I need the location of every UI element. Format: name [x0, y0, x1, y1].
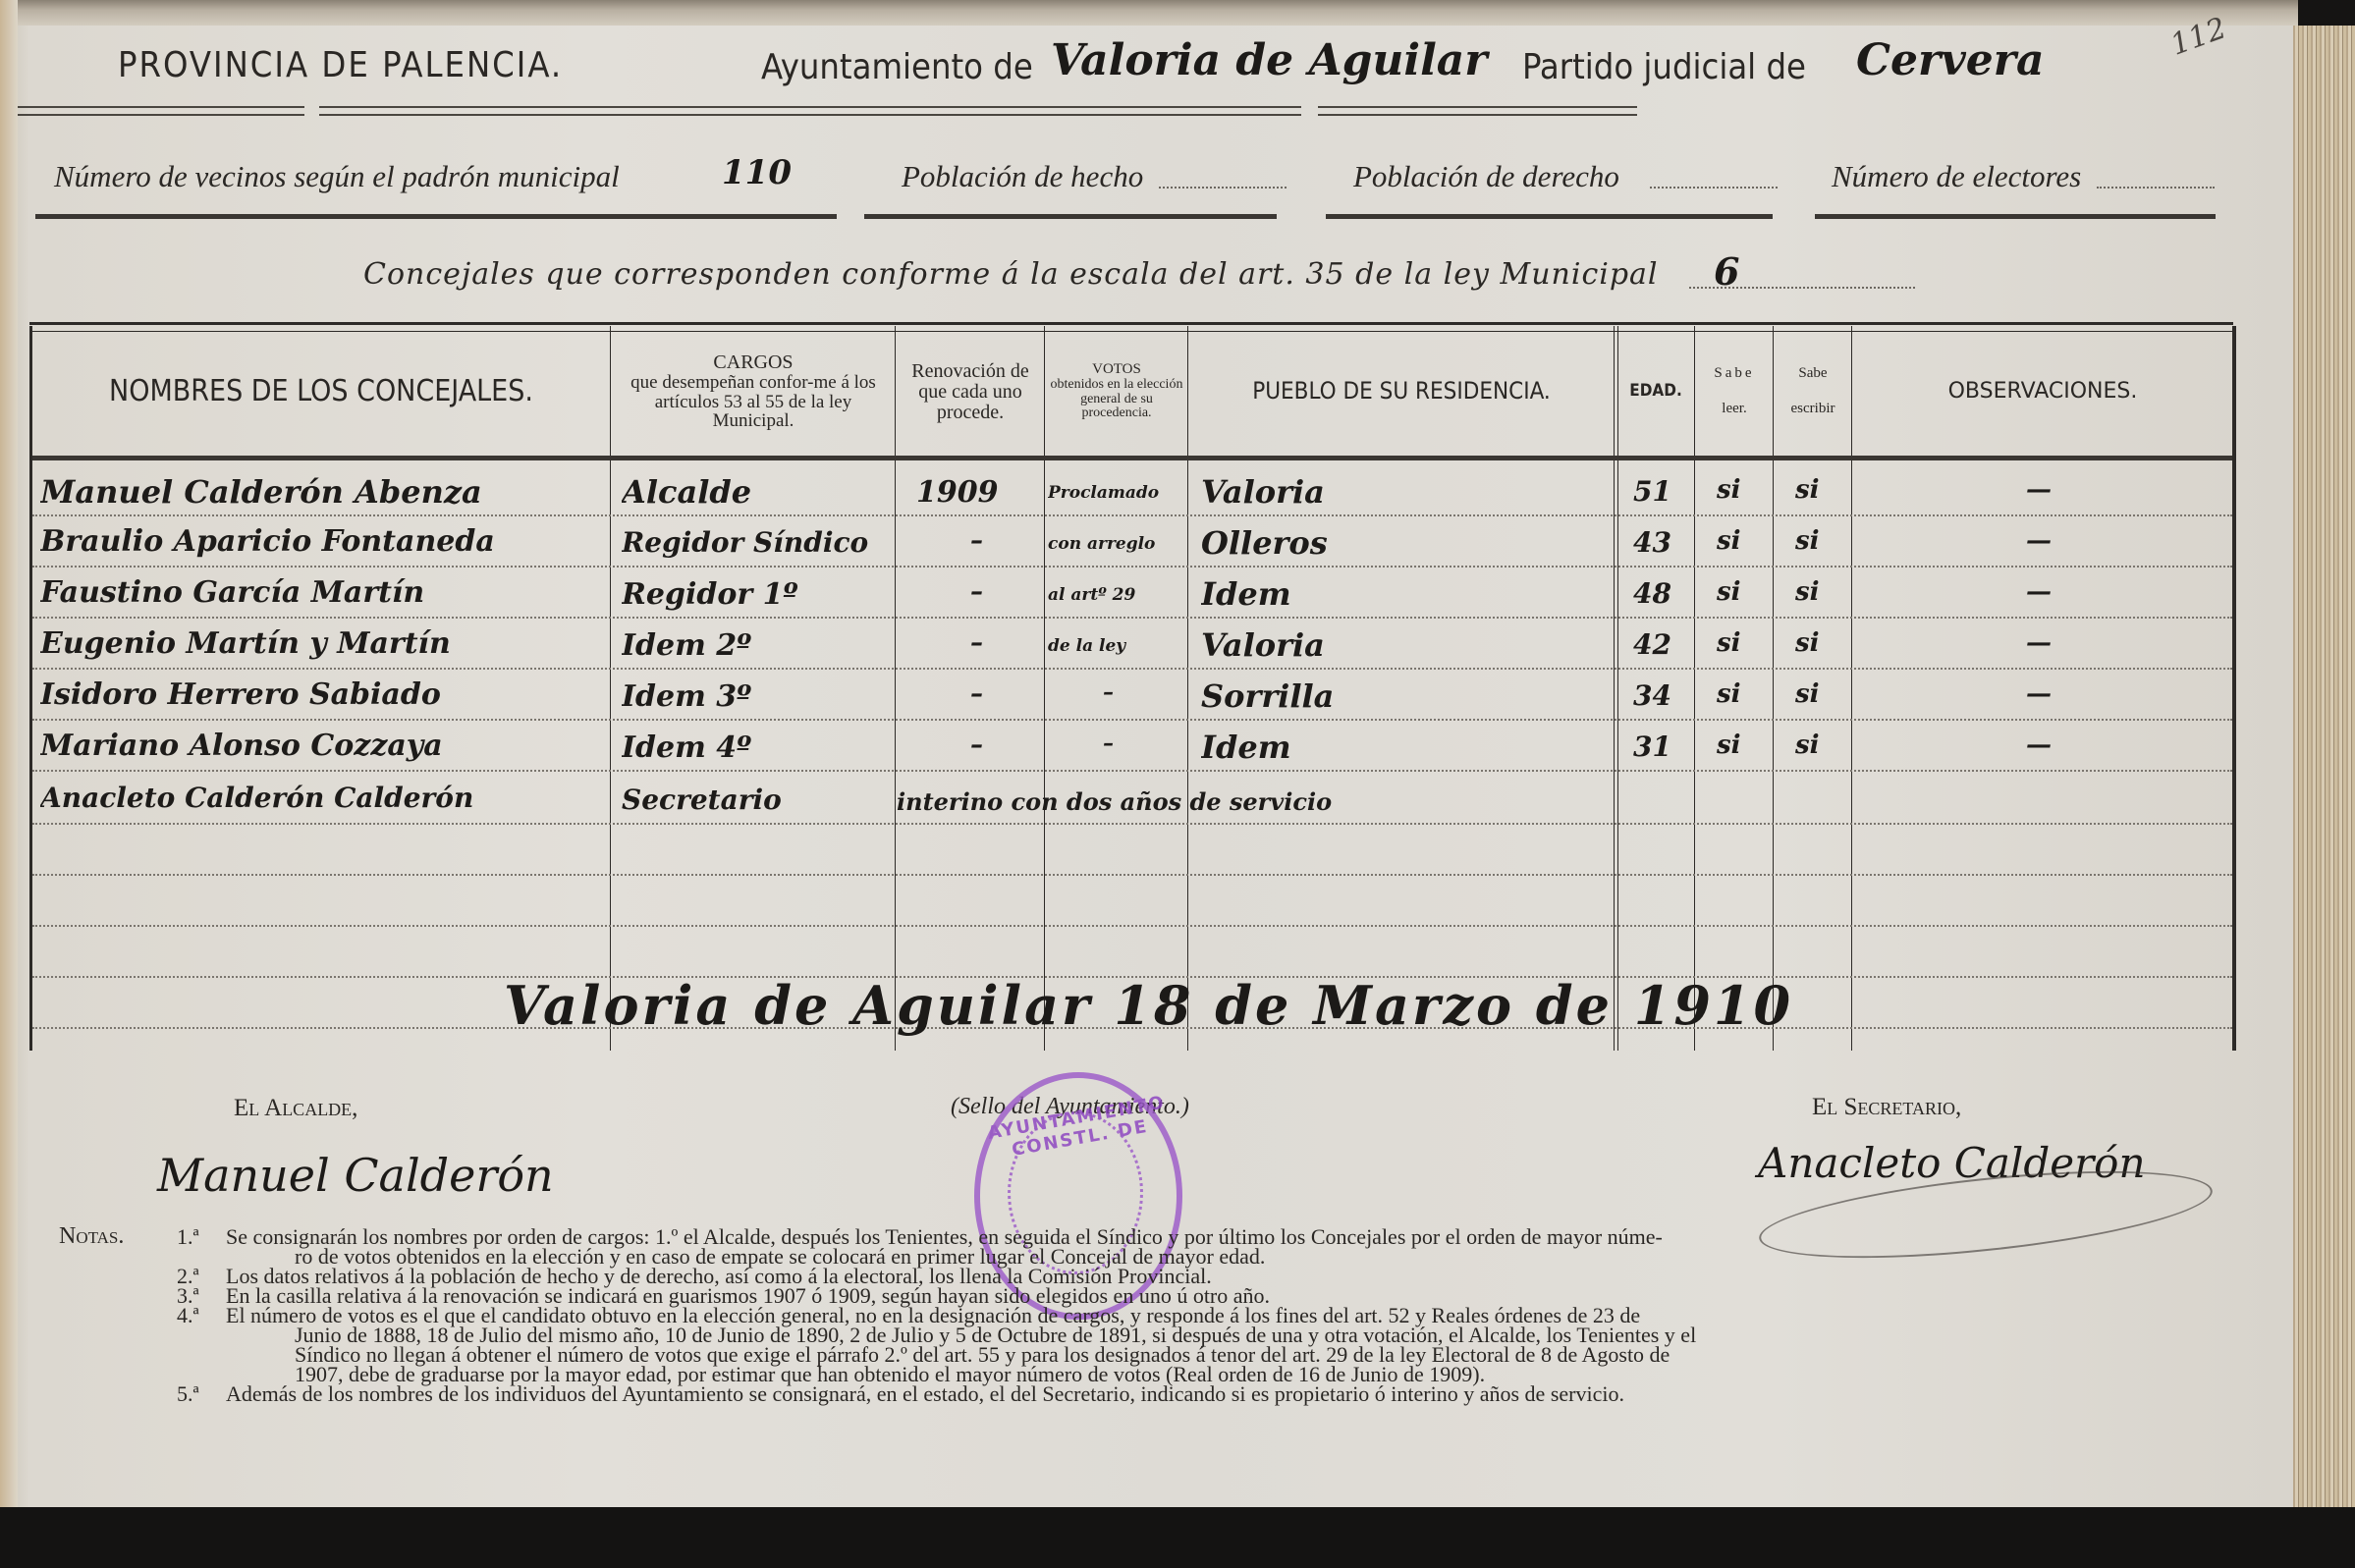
poblacion-derecho-label: Población de derecho	[1353, 159, 1619, 194]
cell-nombre: Eugenio Martín y Martín	[40, 626, 608, 661]
cell-nombre: Mariano Alonso Cozzaya	[40, 729, 608, 763]
poblacion-derecho-rule	[1326, 214, 1773, 219]
poblacion-hecho-rule	[864, 214, 1277, 219]
header-observaciones-text: OBSERVACIONES.	[1948, 380, 2138, 403]
cell-cargo: Alcalde	[622, 473, 893, 511]
col-divider	[610, 326, 611, 1051]
header-pueblo-text: PUEBLO DE SU RESIDENCIA.	[1252, 379, 1551, 404]
cell-votos: –	[1103, 730, 1162, 756]
header-renovacion-text: Renovación de que cada uno procede.	[904, 361, 1036, 423]
row-line	[32, 770, 2232, 772]
header-escribir-top: Sabe	[1798, 366, 1827, 382]
row-line	[32, 925, 2232, 927]
cell-edad: 34	[1633, 679, 1692, 712]
vecinos-value: 110	[722, 153, 792, 192]
cell-leer: si	[1717, 526, 1766, 556]
cell-votos: con arreglo	[1048, 534, 1185, 554]
header-cargos-text: que desempeñan confor-me á los artículos…	[612, 373, 895, 432]
cell-renovacion: –	[970, 628, 1029, 658]
cell-votos: –	[1103, 679, 1162, 705]
cell-escribir: si	[1795, 679, 1844, 709]
page-gutter	[0, 0, 18, 1532]
cell-nombre: Faustino García Martín	[40, 575, 608, 610]
cell-pueblo: Sorrilla	[1201, 677, 1594, 715]
cell-votos: de la ley	[1048, 636, 1185, 656]
cell-votos: al artº 29	[1048, 585, 1185, 605]
col-divider	[1851, 326, 1852, 1051]
ayuntamiento-label: Ayuntamiento de	[761, 47, 1033, 87]
cell-leer: si	[1717, 628, 1766, 658]
col-divider	[895, 326, 896, 1051]
col-divider	[1773, 326, 1774, 1051]
vecinos-rule	[35, 214, 837, 219]
poblacion-derecho-field	[1650, 187, 1778, 189]
concejales-label: Concejales que corresponden conforme á l…	[363, 257, 1659, 292]
cell-renovacion: –	[970, 577, 1029, 607]
provincia-rule-2	[18, 106, 304, 116]
cell-escribir: si	[1795, 475, 1844, 505]
row-line	[32, 566, 2232, 568]
cell-cargo: Regidor 1º	[622, 577, 893, 612]
ayuntamiento-value: Valoria de Aguilar	[1051, 35, 1488, 85]
cell-secretario-notes: interino con dos años de servicio	[897, 787, 1584, 816]
cell-pueblo: Idem	[1201, 575, 1594, 613]
cell-leer: si	[1717, 577, 1766, 607]
notes-title: Notas.	[59, 1227, 124, 1246]
alcalde-signature: Manuel Calderón	[157, 1149, 554, 1202]
cell-nombre: Braulio Aparicio Fontaneda	[40, 524, 608, 559]
header-renovacion: Renovación de que cada uno procede.	[897, 338, 1044, 446]
electores-field	[2097, 187, 2215, 189]
header-escribir-text: escribir	[1791, 402, 1835, 417]
cell-cargo: Regidor Síndico	[622, 526, 893, 559]
header-observaciones: OBSERVACIONES.	[1853, 338, 2232, 446]
cell-votos: Proclamado	[1048, 483, 1185, 503]
note-num: 1.ª	[177, 1227, 199, 1246]
electores-label: Número de electores	[1832, 159, 2081, 194]
page-top-edge	[0, 0, 2298, 26]
cell-edad: 48	[1633, 577, 1692, 610]
cell-pueblo: Olleros	[1201, 524, 1594, 562]
place-date: Valoria de Aguilar 18 de Marzo de 1910	[504, 974, 1793, 1037]
partido-value: Cervera	[1856, 35, 2044, 85]
partido-label: Partido judicial de	[1522, 47, 1806, 87]
cell-escribir: si	[1795, 577, 1844, 607]
document-page: PROVINCIA DE PALENCIA. Ayuntamiento de V…	[0, 0, 2298, 1532]
ayuntamiento-rule	[319, 106, 1301, 116]
cell-pueblo: Idem	[1201, 729, 1594, 766]
cell-obs: —	[2026, 526, 2085, 556]
poblacion-hecho-label: Población de hecho	[902, 159, 1143, 194]
cell-renovacion: –	[970, 526, 1029, 556]
electores-rule	[1815, 214, 2216, 219]
header-cargos: CARGOS que desempeñan confor-me á los ar…	[612, 338, 895, 446]
note-num: 4.ª	[177, 1306, 199, 1325]
provincia-title: PROVINCIA DE PALENCIA.	[118, 45, 563, 85]
cell-nombre: Manuel Calderón Abenza	[40, 473, 608, 511]
cell-obs: —	[2026, 577, 2085, 607]
cell-escribir: si	[1795, 526, 1844, 556]
col-divider	[1187, 326, 1188, 1051]
header-cargos-title: CARGOS	[713, 352, 793, 373]
cell-obs: —	[2026, 730, 2085, 760]
header-rule	[32, 456, 2232, 460]
cell-escribir: si	[1795, 730, 1844, 760]
note-line: Además de los nombres de los individuos …	[226, 1384, 1624, 1403]
row-line	[32, 514, 2232, 516]
header-leer-top: Sabe	[1714, 366, 1754, 382]
cell-edad: 43	[1633, 526, 1692, 559]
background-shadow	[0, 1507, 2355, 1568]
header-pueblo: PUEBLO DE SU RESIDENCIA.	[1189, 338, 1614, 446]
header-votos-text: obtenidos en la elección general de su p…	[1046, 378, 1187, 421]
cell-cargo: Idem 3º	[622, 679, 893, 714]
cell-nombre: Isidoro Herrero Sabiado	[40, 677, 608, 712]
alcalde-label: El Alcalde,	[234, 1095, 357, 1122]
cell-obs: —	[2026, 679, 2085, 709]
header-nombres-text: NOMBRES DE LOS CONCEJALES.	[109, 376, 533, 407]
cell-pueblo: Valoria	[1201, 626, 1594, 664]
vecinos-label: Número de vecinos según el padrón munici…	[54, 159, 620, 194]
cell-edad: 31	[1633, 730, 1692, 763]
cell-cargo: Idem 2º	[622, 628, 893, 663]
partido-rule	[1318, 106, 1637, 116]
row-line	[32, 874, 2232, 876]
row-line	[32, 719, 2232, 721]
header-leer-text: leer.	[1722, 402, 1746, 417]
cell-pueblo: Valoria	[1201, 473, 1594, 511]
concejales-table: NOMBRES DE LOS CONCEJALES. CARGOS que de…	[29, 326, 2236, 1051]
cell-cargo: Secretario	[622, 784, 893, 816]
cell-edad: 51	[1633, 475, 1692, 508]
cell-cargo: Idem 4º	[622, 730, 893, 765]
row-line	[32, 823, 2232, 825]
cell-leer: si	[1717, 475, 1766, 505]
note-num: 5.ª	[177, 1384, 199, 1403]
header-nombres: NOMBRES DE LOS CONCEJALES.	[32, 338, 610, 446]
cell-renovacion: –	[970, 679, 1029, 709]
cell-leer: si	[1717, 679, 1766, 709]
cell-obs: —	[2026, 475, 2085, 505]
cell-edad: 42	[1633, 628, 1692, 661]
row-line	[32, 668, 2232, 670]
cell-escribir: si	[1795, 628, 1844, 658]
cell-obs: —	[2026, 628, 2085, 658]
header-votos: VOTOS obtenidos en la elección general d…	[1046, 338, 1187, 446]
row-line	[32, 617, 2232, 619]
col-divider	[1694, 326, 1695, 1051]
book-page-edges	[2293, 26, 2355, 1538]
cell-renovacion: 1909	[916, 475, 1042, 510]
concejales-field	[1689, 287, 1915, 289]
header-votos-title: VOTOS	[1092, 362, 1141, 378]
header-escribir: Sabe escribir	[1775, 338, 1851, 446]
col-divider	[1044, 326, 1045, 1051]
header-leer: Sabe leer.	[1696, 338, 1773, 446]
poblacion-hecho-field	[1159, 187, 1287, 189]
header-edad: EDAD.	[1617, 338, 1694, 446]
header-edad-text: EDAD.	[1629, 383, 1682, 401]
secretario-label: El Secretario,	[1812, 1094, 1961, 1121]
cell-leer: si	[1717, 730, 1766, 760]
cell-renovacion: –	[970, 730, 1029, 760]
cell-nombre: Anacleto Calderón Calderón	[40, 782, 608, 814]
